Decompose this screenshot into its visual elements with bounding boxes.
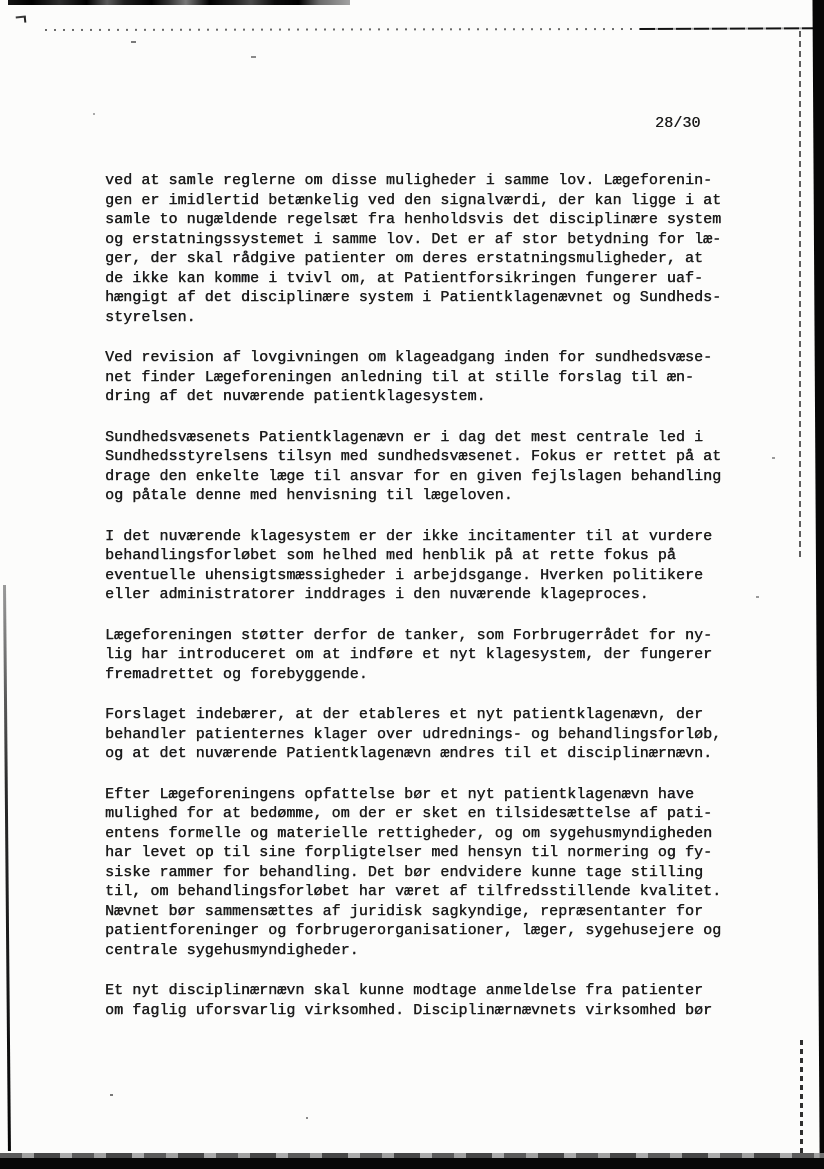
text-line: til, om behandlingsforløbet har været af…	[105, 882, 765, 902]
text-line: eller administratorer inddrages i den nu…	[105, 585, 765, 605]
text-line: Sundhedsstyrelsens tilsyn med sundhedsvæ…	[105, 447, 765, 467]
text-line: Efter Lægeforeningens opfattelse bør et …	[105, 785, 765, 805]
text-line: I det nuværende klagesystem er der ikke …	[105, 527, 765, 547]
document-body: ved at samle reglerne om disse mulighede…	[105, 171, 765, 1041]
text-line: drage den enkelte læge til ansvar for en…	[105, 467, 765, 487]
scan-speck	[306, 1117, 308, 1119]
text-line: og påtale denne med henvisning til lægel…	[105, 486, 765, 506]
scan-artifact-hook-mark	[16, 15, 27, 23]
scan-artifact-top-line-right	[640, 27, 818, 30]
text-line: om faglig uforsvarlig virksomhed. Discip…	[105, 1001, 765, 1021]
text-line: Et nyt disciplinærnævn skal kunne modtag…	[105, 981, 765, 1001]
text-line: hængigt af det disciplinære system i Pat…	[105, 288, 765, 308]
scan-speck	[93, 113, 95, 115]
text-line: Sundhedsvæsenets Patientklagenævn er i d…	[105, 428, 765, 448]
paragraph: Et nyt disciplinærnævn skal kunne modtag…	[105, 981, 765, 1020]
page-number: 28/30	[655, 114, 701, 133]
scan-artifact-top-edge-bar	[8, 0, 350, 5]
scan-speck	[110, 1094, 113, 1096]
scan-artifact-right-dashed-line-lower	[800, 1040, 803, 1156]
text-line: styrelsen.	[105, 308, 765, 328]
text-line: centrale sygehusmyndigheder.	[105, 941, 765, 961]
scan-speck	[131, 41, 136, 43]
paragraph: Ved revision af lovgivningen om klageadg…	[105, 348, 765, 407]
paragraph: I det nuværende klagesystem er der ikke …	[105, 527, 765, 605]
scan-artifact-right-edge-bar	[806, 0, 824, 1169]
text-line: eventuelle uhensigtsmæssigheder i arbejd…	[105, 566, 765, 586]
text-line: Nævnet bør sammensættes af juridisk sagk…	[105, 902, 765, 922]
paragraph: Forslaget indebærer, at der etableres et…	[105, 705, 765, 764]
text-line: ved at samle reglerne om disse mulighede…	[105, 171, 765, 191]
text-line: de ikke kan komme i tvivl om, at Patient…	[105, 269, 765, 289]
text-line: Ved revision af lovgivningen om klageadg…	[105, 348, 765, 368]
text-line: gen er imidlertid betænkelig ved den sig…	[105, 191, 765, 211]
text-line: og erstatningssystemet i samme lov. Det …	[105, 230, 765, 250]
text-line: ger, der skal rådgive patienter om deres…	[105, 249, 765, 269]
scan-artifact-top-dotted-line	[45, 28, 640, 31]
scan-artifact-right-dashed-line-upper	[799, 31, 801, 561]
text-line: har levet op til sine forpligtelser med …	[105, 843, 765, 863]
paragraph: Lægeforeningen støtter derfor de tanker,…	[105, 626, 765, 685]
paragraph: ved at samle reglerne om disse mulighede…	[105, 171, 765, 327]
scan-speck	[772, 457, 775, 459]
text-line: behandler patienternes klager over udred…	[105, 725, 765, 745]
paragraph: Efter Lægeforeningens opfattelse bør et …	[105, 785, 765, 961]
scan-artifact-bottom-dashed-line	[0, 1153, 824, 1158]
text-line: entens formelle og materielle rettighede…	[105, 824, 765, 844]
text-line: siske rammer for behandling. Det bør end…	[105, 863, 765, 883]
scan-artifact-bottom-edge-bar	[0, 1158, 824, 1169]
scan-artifact-left-edge-line	[3, 585, 10, 1151]
text-line: Lægeforeningen støtter derfor de tanker,…	[105, 626, 765, 646]
text-line: lig har introduceret om at indføre et ny…	[105, 645, 765, 665]
text-line: dring af det nuværende patientklagesyste…	[105, 387, 765, 407]
paragraph: Sundhedsvæsenets Patientklagenævn er i d…	[105, 428, 765, 506]
text-line: fremadrettet og forebyggende.	[105, 665, 765, 685]
text-line: samle to nugældende regelsæt fra henhold…	[105, 210, 765, 230]
text-line: behandlingsforløbet som helhed med henbl…	[105, 546, 765, 566]
text-line: mulighed for at bedømme, om der er sket …	[105, 804, 765, 824]
text-line: Forslaget indebærer, at der etableres et…	[105, 705, 765, 725]
text-line: patientforeninger og forbrugerorganisati…	[105, 921, 765, 941]
text-line: net finder Lægeforeningen anledning til …	[105, 368, 765, 388]
text-line: og at det nuværende Patientklagenævn ænd…	[105, 744, 765, 764]
scan-speck	[251, 56, 256, 58]
